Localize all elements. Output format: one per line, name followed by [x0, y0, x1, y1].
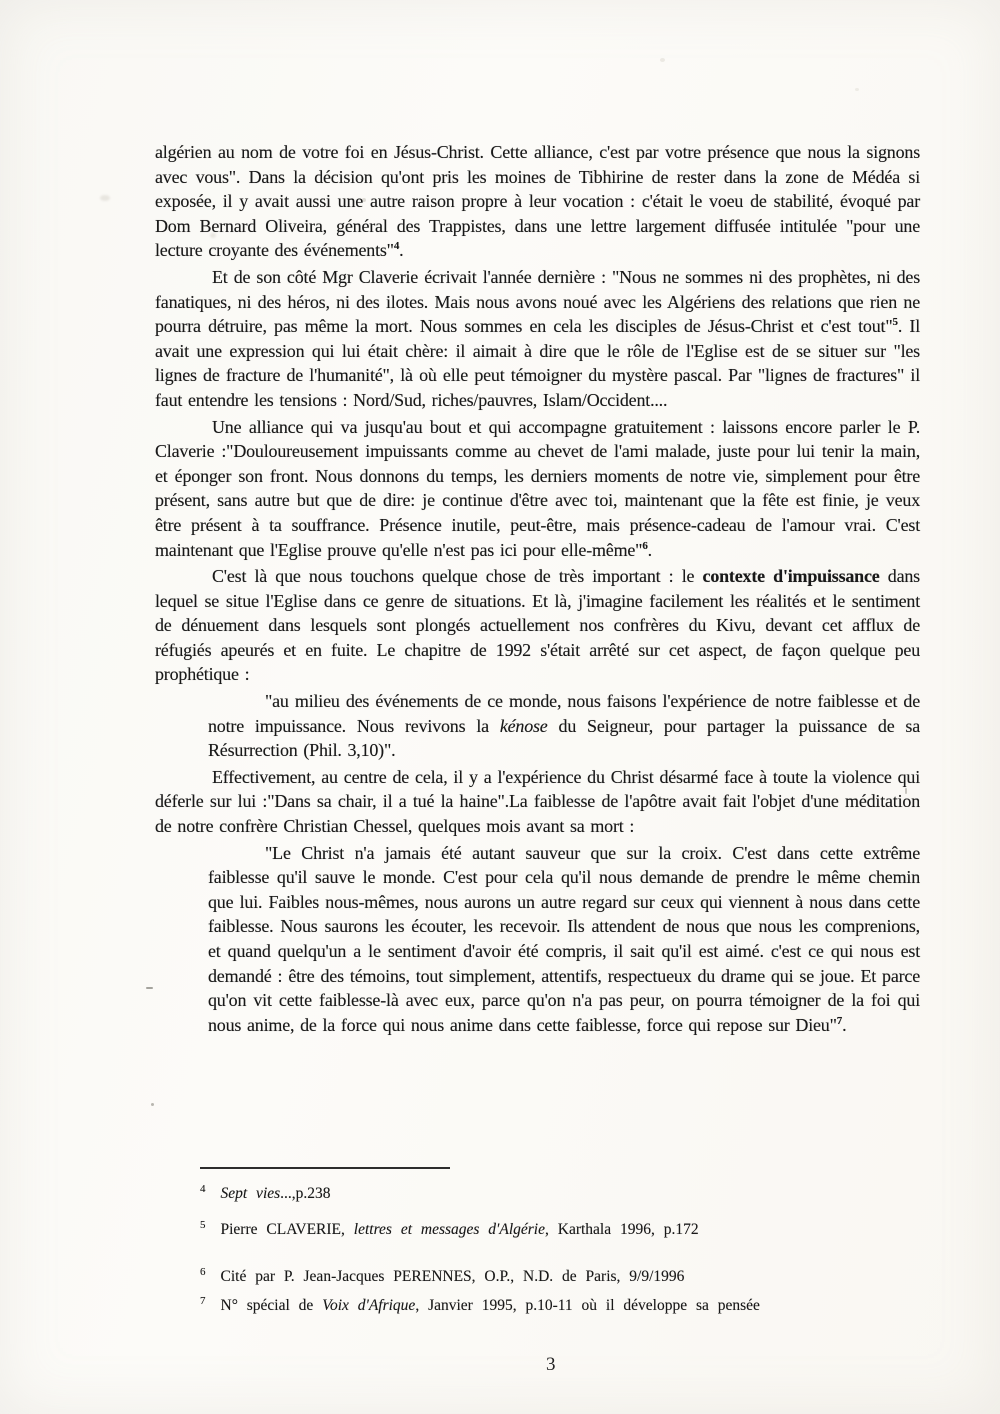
paragraph: Et de son côté Mgr Claverie écrivait l'a…: [155, 265, 920, 413]
text-segment: .: [842, 1015, 846, 1035]
bold-text: contexte d'impuissance: [703, 566, 880, 586]
footnote-text: Cité par P. Jean-Jacques PERENNES, O.P.,…: [221, 1268, 685, 1285]
footnote: 7N° spécial de Voix d'Afrique, Janvier 1…: [200, 1296, 880, 1316]
paragraph: C'est là que nous touchons quelque chose…: [155, 564, 920, 687]
text-segment: C'est là que nous touchons quelque chose…: [212, 566, 703, 586]
page-number: 3: [546, 1354, 556, 1376]
footnote-text: , Janvier 1995, p.10-11 où il développe …: [415, 1297, 760, 1314]
paragraph: algérien au nom de votre foi en Jésus-Ch…: [155, 140, 920, 263]
footnote-text: , Karthala 1996, p.172: [545, 1221, 699, 1238]
emphasis-text: Voix d'Afrique: [322, 1297, 415, 1314]
scan-speck: [151, 1103, 154, 1106]
block-quote: "au milieu des événements de ce monde, n…: [208, 689, 920, 763]
block-quote: "Le Christ n'a jamais été autant sauveur…: [208, 841, 920, 1038]
footnote-text: N° spécial de: [221, 1297, 323, 1314]
scan-speck: [146, 987, 153, 989]
paragraph: Une alliance qui va jusqu'au bout et qui…: [155, 415, 920, 563]
footnote: 5Pierre CLAVERIE, lettres et messages d'…: [200, 1220, 880, 1240]
scan-speck: [100, 195, 110, 201]
text-segment: Et de son côté Mgr Claverie écrivait l'a…: [155, 267, 920, 336]
text-segment: Effectivement, au centre de cela, il y a…: [155, 767, 920, 836]
footnote-text: Pierre CLAVERIE,: [221, 1221, 354, 1238]
emphasis-text: lettres et messages d'Algérie: [354, 1221, 545, 1238]
footnotes-section: 4Sept vies...,p.238 5Pierre CLAVERIE, le…: [200, 1167, 880, 1332]
scanned-document-page: algérien au nom de votre foi en Jésus-Ch…: [0, 0, 1000, 1414]
footnote: 6Cité par P. Jean-Jacques PERENNES, O.P.…: [200, 1267, 880, 1287]
footnote-marker: 6: [200, 1266, 206, 1278]
paragraph: Effectivement, au centre de cela, il y a…: [155, 765, 920, 839]
text-segment: .: [648, 540, 652, 560]
scan-speck: [855, 88, 859, 91]
document-body: algérien au nom de votre foi en Jésus-Ch…: [155, 140, 920, 1039]
emphasis-text: Sept vies: [221, 1185, 281, 1202]
text-segment: .: [399, 240, 403, 260]
scan-speck: [660, 58, 665, 62]
footnote-separator: [200, 1167, 450, 1169]
footnote-marker: 7: [200, 1295, 206, 1307]
footnote: 4Sept vies...,p.238: [200, 1184, 880, 1204]
text-segment: "Le Christ n'a jamais été autant sauveur…: [208, 843, 920, 1035]
footnote-text: ...,p.238: [280, 1185, 330, 1202]
emphasis-text: kénose: [500, 716, 548, 736]
footnote-marker: 5: [200, 1219, 206, 1231]
text-segment: Une alliance qui va jusqu'au bout et qui…: [155, 417, 920, 560]
footnote-marker: 4: [200, 1183, 206, 1195]
text-segment: algérien au nom de votre foi en Jésus-Ch…: [155, 142, 920, 260]
